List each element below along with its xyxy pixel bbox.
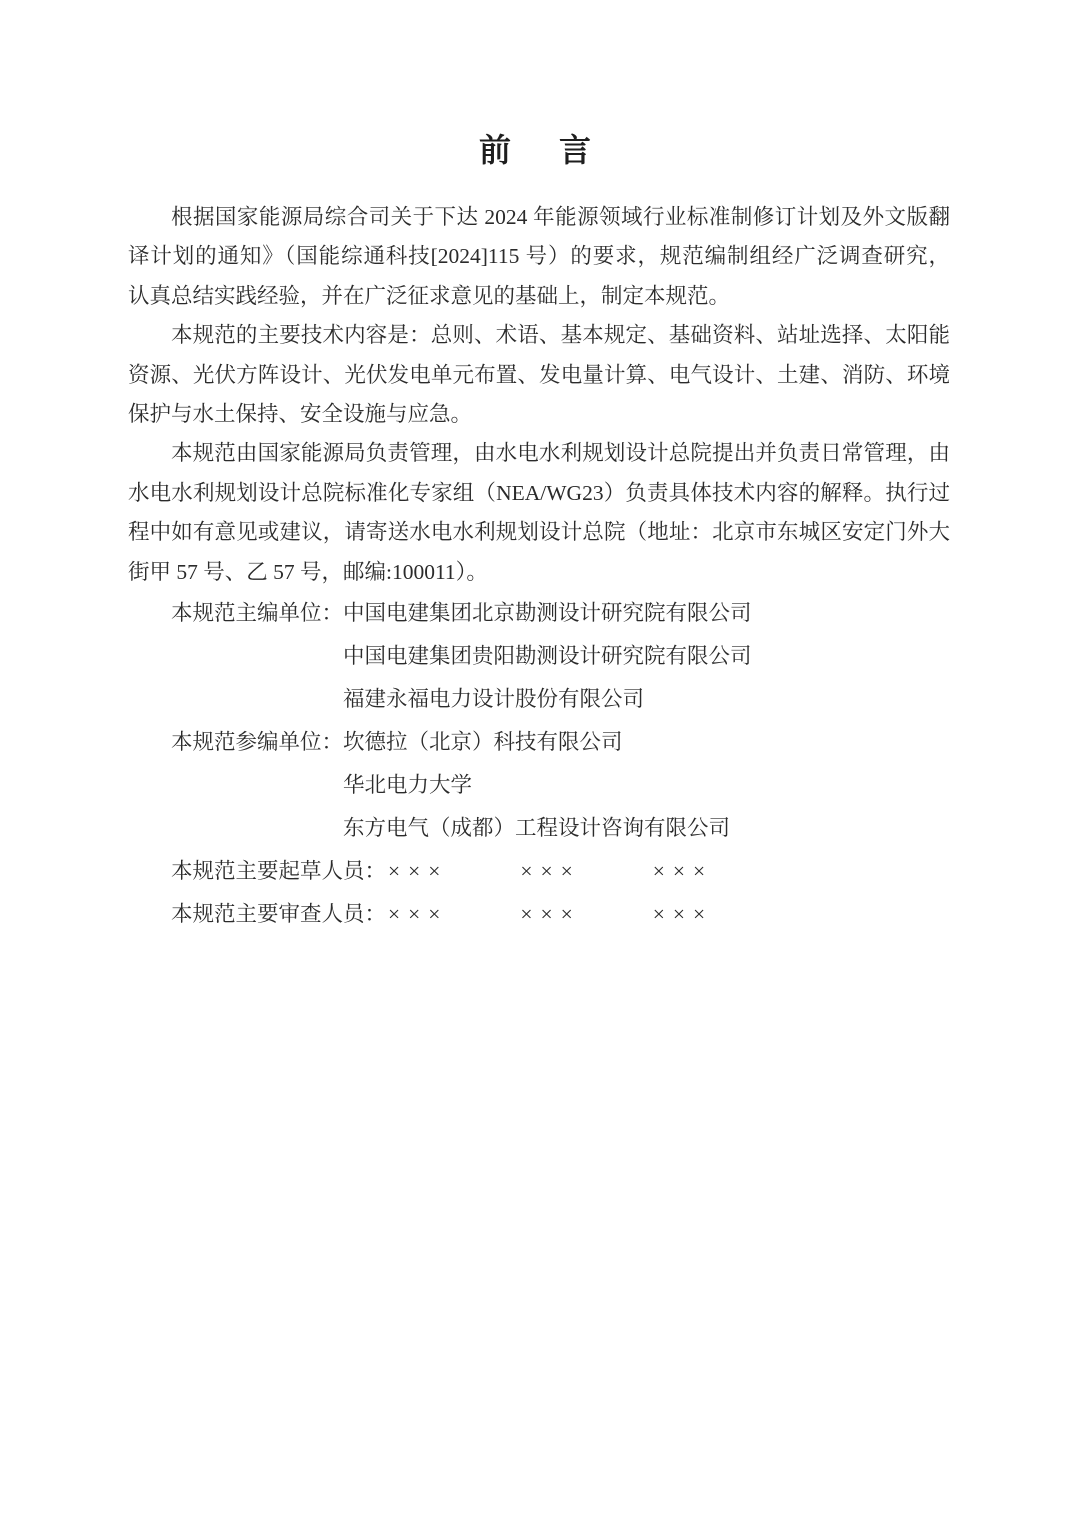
paragraph-technical-content: 本规范的主要技术内容是：总则、术语、基本规定、基础资料、站址选择、太阳能 资源、… [128,316,950,434]
text-line: 水电水利规划设计总院标准化专家组（NEA/WG23）负责具体技术内容的解释。执行… [128,474,950,513]
drafters-label: 本规范主要起草人员： [171,859,386,883]
drafters-row: 本规范主要起草人员：××××××××× [128,850,950,893]
text-line: 根据国家能源局综合司关于下达 2024 年能源领域行业标准制修订计划及外文版翻 [128,198,950,237]
text-line: 认真总结实践经验，并在广泛征求意见的基础上，制定本规范。 [128,277,950,316]
person-name-placeholder: ××× [388,902,448,926]
participating-units-row: 本规范参编单位： 坎德拉（北京）科技有限公司 华北电力大学 东方电气（成都）工程… [128,721,950,850]
reviewers-label: 本规范主要审查人员： [171,902,386,926]
text-line: 本规范由国家能源局负责管理，由水电水利规划设计总院提出并负责日常管理，由 [128,434,950,473]
person-name-placeholder: ××× [653,859,713,883]
reviewers-names: ××××××××× [388,902,713,926]
organization-name: 东方电气（成都）工程设计咨询有限公司 [343,807,950,850]
text-line: 本规范的主要技术内容是：总则、术语、基本规定、基础资料、站址选择、太阳能 [128,316,950,355]
text-line: 程中如有意见或建议，请寄送水电水利规划设计总院（地址：北京市东城区安定门外大 [128,513,950,552]
person-name-placeholder: ××× [388,859,448,883]
text-line: 译计划的通知》（国能综通科技[2024]115 号）的要求，规范编制组经广泛调查… [128,237,950,276]
organization-name: 福建永福电力设计股份有限公司 [343,678,950,721]
chief-editor-units: 中国电建集团北京勘测设计研究院有限公司 中国电建集团贵阳勘测设计研究院有限公司 … [343,592,950,721]
paragraph-basis: 根据国家能源局综合司关于下达 2024 年能源领域行业标准制修订计划及外文版翻 … [128,198,950,316]
text-line: 资源、光伏方阵设计、光伏发电单元布置、发电量计算、电气设计、土建、消防、环境 [128,356,950,395]
drafters-names: ××××××××× [388,859,713,883]
organization-name: 华北电力大学 [343,764,950,807]
paragraph-management: 本规范由国家能源局负责管理，由水电水利规划设计总院提出并负责日常管理，由 水电水… [128,434,950,592]
participating-units: 坎德拉（北京）科技有限公司 华北电力大学 东方电气（成都）工程设计咨询有限公司 [343,721,950,850]
chief-editor-units-row: 本规范主编单位： 中国电建集团北京勘测设计研究院有限公司 中国电建集团贵阳勘测设… [128,592,950,721]
document-page: 前 言 根据国家能源局综合司关于下达 2024 年能源领域行业标准制修订计划及外… [0,0,1080,1528]
person-name-placeholder: ××× [520,859,580,883]
person-name-placeholder: ××× [520,902,580,926]
organization-name: 中国电建集团北京勘测设计研究院有限公司 [343,592,950,635]
person-name-placeholder: ××× [653,902,713,926]
text-line: 街甲 57 号、乙 57 号，邮编:100011）。 [128,553,950,592]
chief-editor-label: 本规范主编单位： [171,592,343,635]
participating-units-label: 本规范参编单位： [171,721,343,764]
text-line: 保护与水土保持、安全设施与应急。 [128,395,950,434]
page-title: 前 言 [128,128,950,172]
organization-name: 坎德拉（北京）科技有限公司 [343,721,950,764]
organization-name: 中国电建集团贵阳勘测设计研究院有限公司 [343,635,950,678]
reviewers-row: 本规范主要审查人员：××××××××× [128,893,950,936]
